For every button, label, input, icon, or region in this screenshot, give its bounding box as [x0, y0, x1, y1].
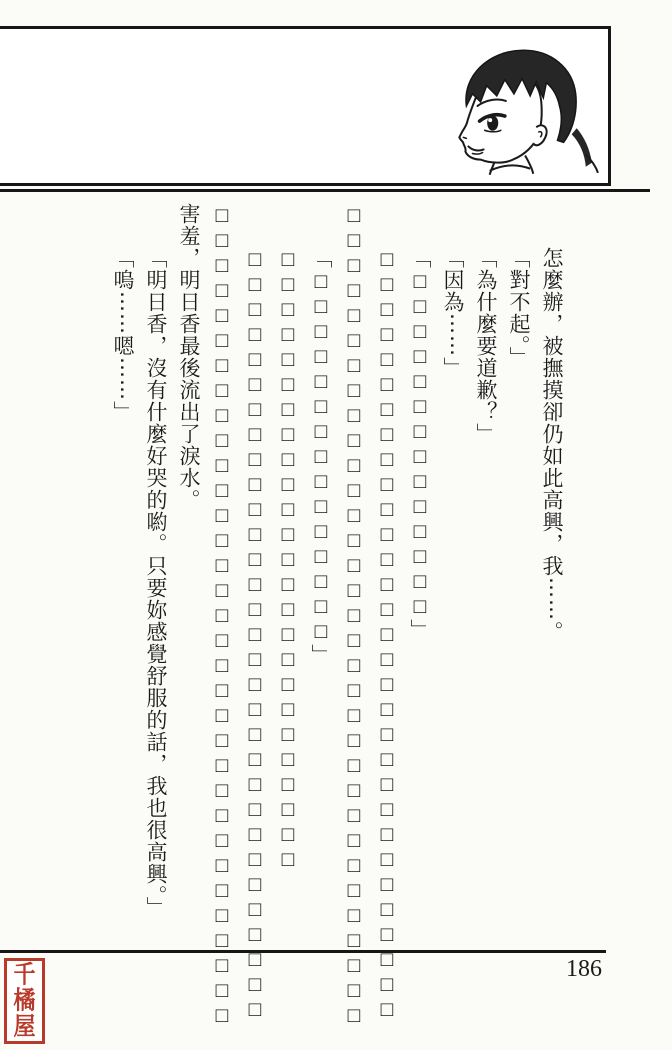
seal-character: 千 — [13, 963, 35, 987]
seal-character: 屋 — [13, 1015, 35, 1039]
text-column: 「□□□□□□□□□□□□□□□」 — [304, 203, 337, 1003]
text-column: □□□□□□□□□□□□□□□□□□□□□□□□□□□□□□□ — [370, 203, 403, 1003]
text-column: 「為什麼要道歉？」 — [469, 203, 502, 1003]
text-column: 「明日香，沒有什麼好哭的喲。只要妳感覺舒服的話，我也很高興。」 — [139, 203, 172, 1003]
text-column: 「對不起。」 — [502, 203, 535, 1003]
seal-character: 橘 — [13, 989, 35, 1013]
text-column: 「因為⋯⋯」 — [436, 203, 469, 1003]
text-column: 害羞，明日香最後流出了淚水。 — [172, 203, 205, 1003]
panel-underline — [0, 189, 650, 192]
footer-rule — [0, 950, 606, 953]
publisher-seal: 千 橘 屋 — [4, 958, 45, 1044]
vertical-text-block: 怎麼辦，被撫摸卻仍如此高興，我⋯⋯。 「對不起。」 「為什麼要道歉？」 「因為⋯… — [100, 203, 568, 1003]
page-number: 186 — [520, 956, 602, 983]
text-column: □□□□□□□□□□□□□□□□□□□□□□□□□□□□□□□□□ — [205, 203, 238, 1003]
text-column: 怎麼辦，被撫摸卻仍如此高興，我⋯⋯。 — [535, 203, 568, 1003]
text-column: □□□□□□□□□□□□□□□□□□□□□□□□□□□□□□□ — [238, 203, 271, 1003]
text-column: 「嗚⋯⋯嗯⋯⋯」 — [106, 203, 139, 1003]
manga-panel — [0, 26, 611, 186]
text-column: □□□□□□□□□□□□□□□□□□□□□□□□□ — [271, 203, 304, 1003]
character-face-illustration — [432, 41, 602, 175]
text-column: 「□□□□□□□□□□□□□□」 — [403, 203, 436, 1003]
text-column: □□□□□□□□□□□□□□□□□□□□□□□□□□□□□□□□□ — [337, 203, 370, 1003]
